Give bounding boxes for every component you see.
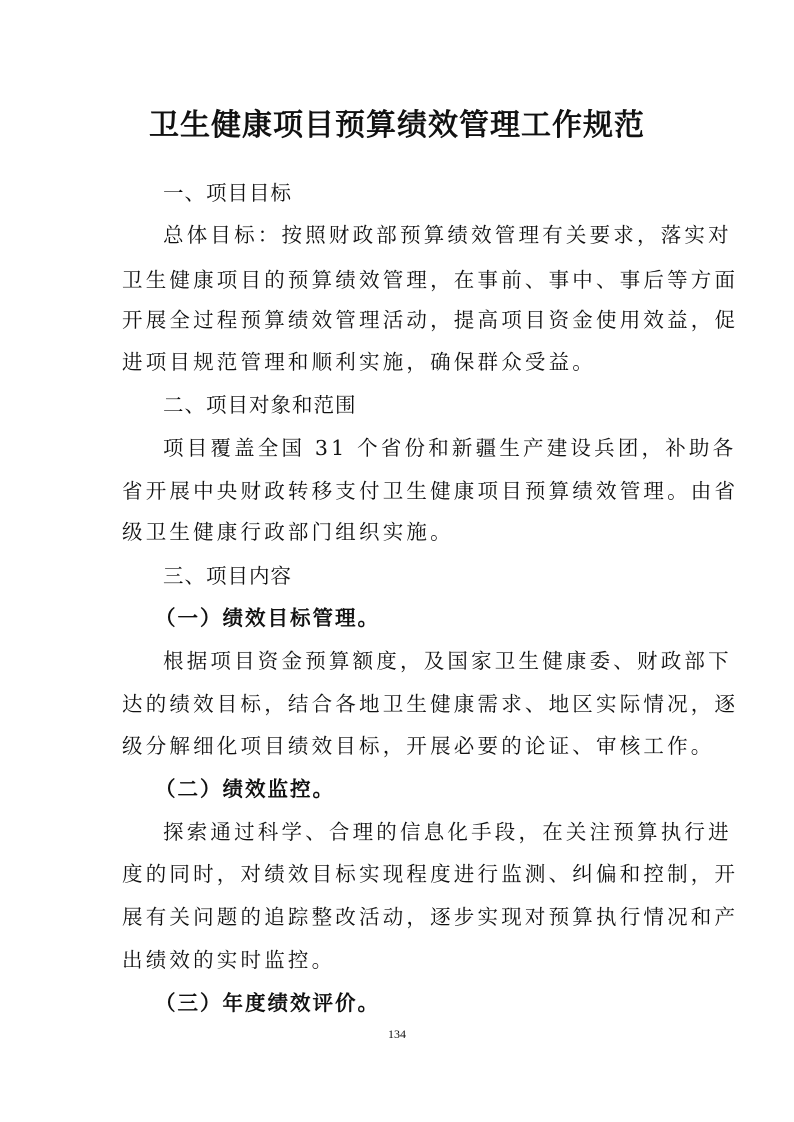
paragraph-line: 级分解细化项目绩效目标，开展必要的论证、审核工作。 [122,729,682,759]
paragraph-line: 级卫生健康行政部门组织实施。 [122,515,682,545]
subsection-heading-3: （三）年度绩效评价。 [155,986,715,1016]
paragraph-line: 开展全过程预算绩效管理活动，提高项目资金使用效益，促 [122,303,682,333]
page-number: 134 [0,1027,794,1042]
paragraph-line: 展有关问题的追踪整改活动，逐步实现对预算执行情况和产 [122,900,682,930]
paragraph-line: 根据项目资金预算额度，及国家卫生健康委、财政部下 [163,644,723,674]
paragraph-line: 出绩效的实时监控。 [122,943,682,973]
paragraph-line: 进项目规范管理和顺利实施，确保群众受益。 [122,345,682,375]
paragraph-line: 总体目标：按照财政部预算绩效管理有关要求，落实对 [163,218,723,248]
paragraph-line: 度的同时，对绩效目标实现程度进行监测、纠偏和控制，开 [122,857,682,887]
section-heading-1: 一、项目目标 [163,176,723,206]
paragraph-line: 项目覆盖全国 31 个省份和新疆生产建设兵团，补助各 [163,431,723,461]
subsection-heading-2: （二）绩效监控。 [155,772,715,802]
section-heading-3: 三、项目内容 [163,559,723,589]
paragraph-line: 探索通过科学、合理的信息化手段，在关注预算执行进 [163,815,723,845]
paragraph-line: 达的绩效目标，结合各地卫生健康需求、地区实际情况，逐 [122,687,682,717]
subsection-heading-1: （一）绩效目标管理。 [155,601,715,631]
document-title: 卫生健康项目预算绩效管理工作规范 [0,100,794,144]
section-heading-2: 二、项目对象和范围 [163,388,723,418]
document-page: 卫生健康项目预算绩效管理工作规范 一、项目目标 总体目标：按照财政部预算绩效管理… [0,0,794,1122]
paragraph-line: 省开展中央财政转移支付卫生健康项目预算绩效管理。由省 [122,474,682,504]
paragraph-line: 卫生健康项目的预算绩效管理，在事前、事中、事后等方面 [122,263,682,293]
